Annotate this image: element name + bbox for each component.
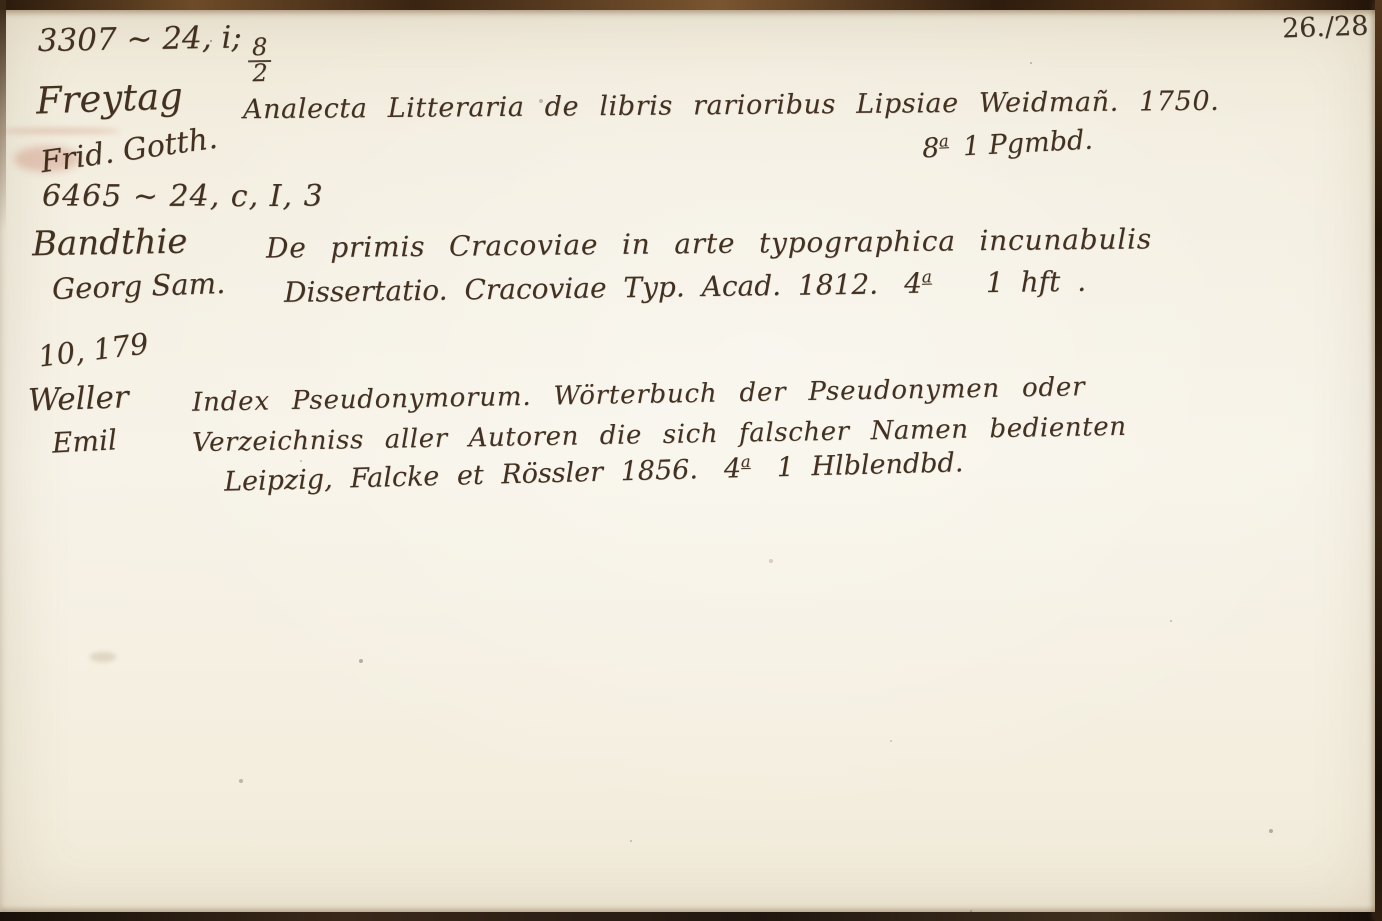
title-line2-entry2: Dissertatio. Cracoviae Typ. Acad. 1812. bbox=[284, 268, 878, 309]
author-given-entry1: Frid. Gotth. bbox=[39, 124, 219, 178]
call-number-entry2: 6465 ~ 24, c, I, 3 bbox=[42, 182, 324, 212]
title-line1-entry3: Index Pseudonymorum. Wörterbuch der Pseu… bbox=[192, 374, 1086, 416]
corner-folio-number: 26./28 bbox=[1282, 13, 1369, 43]
paper-stain bbox=[0, 128, 120, 134]
card-edge-top bbox=[0, 0, 1382, 10]
collation-entry1: 1 Pgmbd. bbox=[962, 125, 1093, 163]
author-given-entry3: Emil bbox=[51, 426, 117, 457]
format-entry3: 4a bbox=[723, 453, 751, 485]
call-number-entry1-fraction: 82 bbox=[248, 36, 272, 85]
call-number-entry1-text: 3307 ~ 24, i; bbox=[37, 19, 242, 59]
catalog-card: 26./28 3307 ~ 24, i;82 Freytag Analecta … bbox=[0, 0, 1382, 921]
paper-stain bbox=[90, 652, 116, 662]
card-edge-right bbox=[1375, 0, 1382, 921]
title-entry1: Analecta Litteraria de libris rarioribus… bbox=[243, 88, 1220, 124]
author-given-entry2: Georg Sam. bbox=[52, 269, 226, 304]
title-line3-entry3: Leipzig, Falcke et Rössler 1856. bbox=[224, 454, 699, 497]
author-surname-entry3: Weller bbox=[27, 382, 129, 416]
format-entry2: 4a bbox=[904, 267, 932, 300]
title-line1-entry2: De primis Cracoviae in arte typographica… bbox=[266, 225, 1152, 262]
title-line2-entry3: Verzeichniss aller Autoren die sich fals… bbox=[192, 414, 1127, 456]
collation-entry2: 1 hft . bbox=[986, 265, 1087, 299]
format-collation-entry1: 8a1 Pgmbd. bbox=[921, 126, 1093, 163]
author-surname-entry2: Bandthie bbox=[32, 225, 188, 262]
card-edge-bottom bbox=[0, 912, 1382, 921]
author-surname-entry1: Freytag bbox=[35, 77, 183, 119]
format-entry1: 8a bbox=[921, 132, 949, 164]
card-edge-left bbox=[0, 0, 6, 230]
imprint-entry2: Dissertatio. Cracoviae Typ. Acad. 1812.4… bbox=[284, 266, 1086, 307]
call-number-entry3: 10, 179 bbox=[37, 329, 150, 371]
collation-entry3: 1 Hlblendbd. bbox=[776, 447, 963, 483]
